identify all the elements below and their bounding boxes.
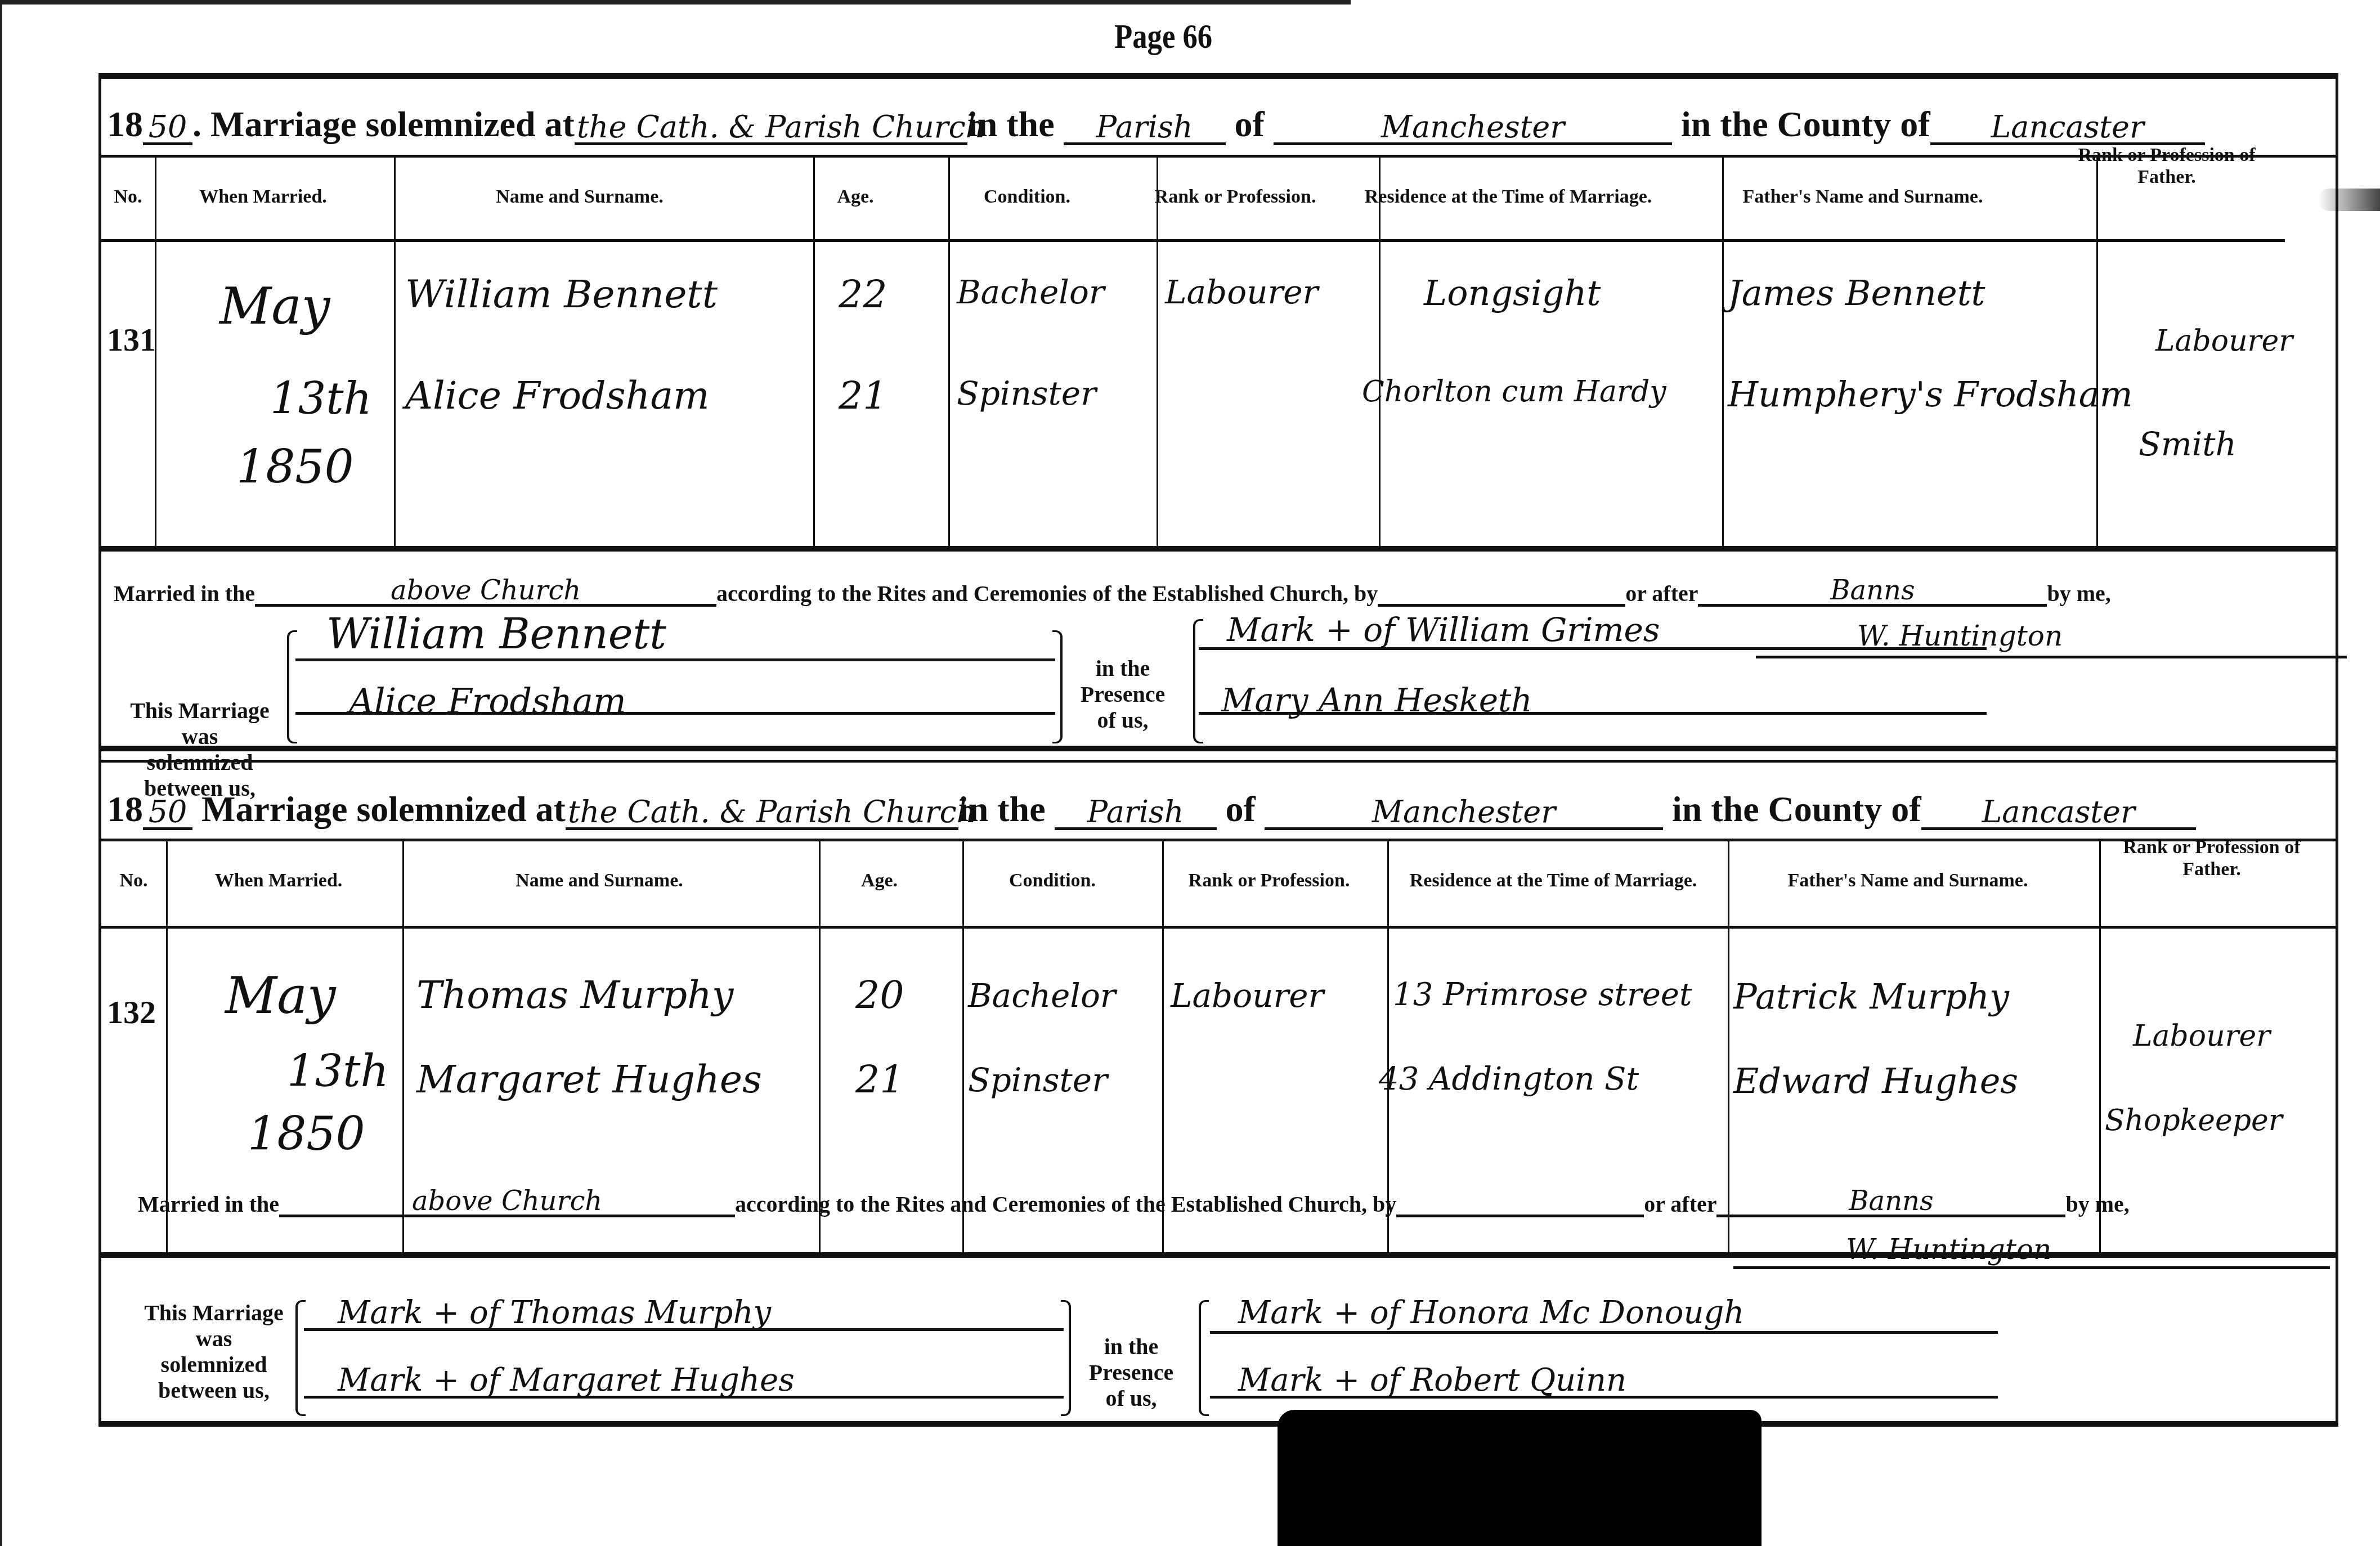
col-divider	[394, 158, 396, 546]
bride-father-profession: Shopkeeper	[2105, 1106, 2283, 1135]
bracket	[287, 630, 297, 743]
signature-line	[1210, 1396, 1998, 1399]
col-divider	[813, 158, 815, 546]
col-header-condition: Condition.	[951, 841, 1154, 920]
bracket	[1052, 630, 1063, 743]
col-header-residence: Residence at the Time of Marriage.	[1384, 841, 1722, 920]
col-header-no: No.	[101, 158, 155, 236]
after-banns: Banns	[1698, 577, 2047, 607]
groom-father: Patrick Murphy	[1733, 979, 2009, 1014]
married-month: May	[225, 971, 336, 1021]
signature-line	[304, 1396, 1064, 1399]
year-suffix: 50	[143, 797, 192, 830]
year-suffix: 50	[143, 112, 192, 145]
col-header-rank: Rank or Profession.	[1154, 841, 1384, 920]
label-in-the: in the	[967, 104, 1055, 145]
label-line: in the	[1069, 656, 1176, 682]
witness-1: Mark + of Honora Mc Donough	[1238, 1297, 1744, 1329]
year-prefix: 18	[107, 788, 143, 830]
bride-condition: Spinster	[957, 377, 1096, 410]
groom-condition: Bachelor	[957, 276, 1105, 308]
col-divider	[1722, 158, 1724, 546]
signature-line	[295, 658, 1055, 661]
after-banns: Banns	[1716, 1187, 2065, 1217]
signature-line	[1199, 647, 1987, 650]
col-divider	[2096, 158, 2098, 546]
top-rule	[0, 0, 1351, 5]
groom-signature: Mark + of Thomas Murphy	[338, 1297, 771, 1329]
signature-line	[1199, 712, 1987, 715]
rule	[101, 239, 2285, 242]
bride-residence: 43 Addington St	[1379, 1064, 1639, 1095]
bride-signature: Mark + of Margaret Hughes	[338, 1365, 795, 1396]
col-header-father-rank: Rank or Profession of Father.	[2094, 819, 2330, 898]
bride-condition: Spinster	[968, 1064, 1108, 1096]
bottom-rule	[98, 1421, 2338, 1427]
col-header-residence: Residence at the Time of Marriage.	[1339, 158, 1677, 236]
label-solemnized-at: Marriage solemnized at	[201, 788, 566, 830]
col-divider	[1379, 158, 1381, 546]
bracket	[1061, 1300, 1071, 1416]
label-according: according to the Rites and Ceremonies of…	[735, 1191, 1396, 1217]
page-title: Page 66	[1114, 17, 1212, 57]
married-year: 1850	[248, 1112, 365, 1158]
label-line: This Marriage	[107, 698, 293, 724]
label-solemnized-between: This Marriage was solemnized between us,	[121, 1300, 307, 1404]
bride-residence: Chorlton cum Hardy	[1362, 377, 1666, 406]
year-prefix: 18	[107, 104, 143, 145]
bride-age: 21	[855, 1061, 904, 1099]
label-line: This Marriage	[121, 1300, 307, 1326]
minister-line	[1733, 1266, 2330, 1269]
bride-name: Margaret Hughes	[416, 1061, 762, 1099]
col-header-father: Father's Name and Surname.	[1677, 158, 2049, 236]
groom-father-profession: Labourer	[2155, 326, 2293, 356]
bride-father: Humphery's Frodsham	[1728, 377, 2133, 412]
col-header-no: No.	[101, 841, 166, 920]
label-or-after: or after	[1625, 580, 1698, 607]
label-in-the: in the	[958, 788, 1046, 830]
col-header-name: Name and Surname.	[391, 841, 808, 920]
label-line: was	[121, 1326, 307, 1352]
bride-father: Edward Hughes	[1733, 1064, 2018, 1099]
col-header-father-rank: Rank or Profession of Father.	[2049, 127, 2285, 205]
col-header-age: Age.	[808, 841, 951, 920]
by-licence	[1378, 604, 1625, 607]
church-name: the Cath. & Parish Church	[566, 797, 958, 830]
groom-father-profession: Labourer	[2133, 1021, 2270, 1051]
married-in-church: above Church	[279, 1187, 735, 1217]
label-solemnized-at: Marriage solemnized at	[210, 104, 575, 145]
bracket	[295, 1300, 306, 1416]
church-name: the Cath. & Parish Church	[575, 112, 967, 145]
label-by-me: by me,	[2047, 580, 2110, 607]
district-type: Parish	[1064, 112, 1226, 145]
label-married-in: Married in the	[138, 1191, 279, 1217]
district-type: Parish	[1055, 797, 1217, 830]
label-presence: in the Presence of us,	[1078, 1334, 1185, 1411]
label-of: of	[1235, 104, 1265, 145]
married-year: 1850	[236, 445, 354, 491]
col-header-age: Age.	[788, 158, 923, 236]
place-name: Manchester	[1265, 797, 1663, 830]
married-month: May	[219, 281, 330, 332]
label-line: of us,	[1078, 1386, 1185, 1411]
label-by-me: by me,	[2065, 1191, 2129, 1217]
rule	[101, 73, 2336, 79]
rule	[101, 760, 2336, 763]
signature-line	[1210, 1331, 1998, 1334]
page-left-edge	[0, 0, 2, 1546]
married-in-line: Married in the above Church according to…	[114, 577, 2111, 607]
col-header-when-married: When Married.	[166, 841, 391, 920]
married-in-church: above Church	[255, 577, 716, 607]
col-header-name: Name and Surname.	[371, 158, 788, 236]
label-line: solemnized	[121, 1352, 307, 1378]
label-line: in the	[1078, 1334, 1185, 1360]
groom-age: 22	[839, 276, 888, 314]
label-line: Presence	[1069, 682, 1176, 707]
col-header-when-married: When Married.	[155, 158, 371, 236]
entry-number: 131	[107, 321, 156, 359]
bracket	[1193, 619, 1203, 743]
place-name: Manchester	[1274, 112, 1672, 145]
groom-residence: Longsight	[1424, 276, 1601, 311]
entry-number: 132	[107, 993, 156, 1031]
bride-father-profession: Smith	[2139, 428, 2236, 460]
groom-age: 20	[855, 976, 904, 1015]
married-day: 13th	[270, 377, 372, 421]
groom-residence: 13 Primrose street	[1393, 979, 1692, 1011]
bride-age: 21	[839, 377, 888, 415]
groom-signature: William Bennett	[326, 613, 666, 655]
groom-name: William Bennett	[405, 276, 718, 314]
rule	[101, 546, 2336, 552]
label-line: between us,	[121, 1378, 307, 1404]
signature-line	[304, 1328, 1064, 1331]
bracket	[1199, 1300, 1209, 1416]
col-divider	[1157, 158, 1158, 546]
witness-2: Mark + of Robert Quinn	[1238, 1365, 1626, 1396]
redaction-block	[1278, 1410, 1762, 1546]
entry-heading: 1850. Marriage solemnized at the Cath. &…	[107, 83, 2330, 145]
label-county: in the County of	[1681, 104, 1930, 145]
groom-father: James Bennett	[1728, 276, 1985, 311]
groom-name: Thomas Murphy	[416, 976, 733, 1015]
groom-condition: Bachelor	[968, 979, 1116, 1012]
witness-1: Mark + of William Grimes	[1227, 613, 1660, 646]
rule	[101, 746, 2336, 751]
label-or-after: or after	[1644, 1191, 1716, 1217]
married-in-line: Married in the above Church according to…	[138, 1187, 2130, 1217]
label-married-in: Married in the	[114, 580, 255, 607]
label-of: of	[1226, 788, 1256, 830]
rule	[101, 926, 2336, 929]
minister-line	[1756, 656, 2347, 658]
signature-line	[295, 712, 1055, 715]
married-day: 13th	[287, 1050, 389, 1094]
bride-name: Alice Frodsham	[405, 377, 709, 415]
entry-heading: 1850 Marriage solemnized at the Cath. & …	[107, 768, 2330, 830]
label-presence: in the Presence of us,	[1069, 656, 1176, 733]
label-according: according to the Rites and Ceremonies of…	[716, 580, 1378, 607]
by-licence	[1396, 1215, 1644, 1217]
label-county: in the County of	[1672, 788, 1921, 830]
col-header-rank: Rank or Profession.	[1131, 158, 1339, 236]
col-divider	[948, 158, 950, 546]
groom-profession: Labourer	[1171, 979, 1324, 1012]
label-line: Presence	[1078, 1360, 1185, 1386]
groom-profession: Labourer	[1165, 276, 1318, 308]
minister-signature: W. Huntington	[1857, 622, 2063, 650]
label-line: of us,	[1069, 707, 1176, 733]
col-header-condition: Condition.	[923, 158, 1131, 236]
minister-signature: W. Huntington	[1846, 1235, 2051, 1263]
col-header-father: Father's Name and Surname.	[1722, 841, 2094, 920]
